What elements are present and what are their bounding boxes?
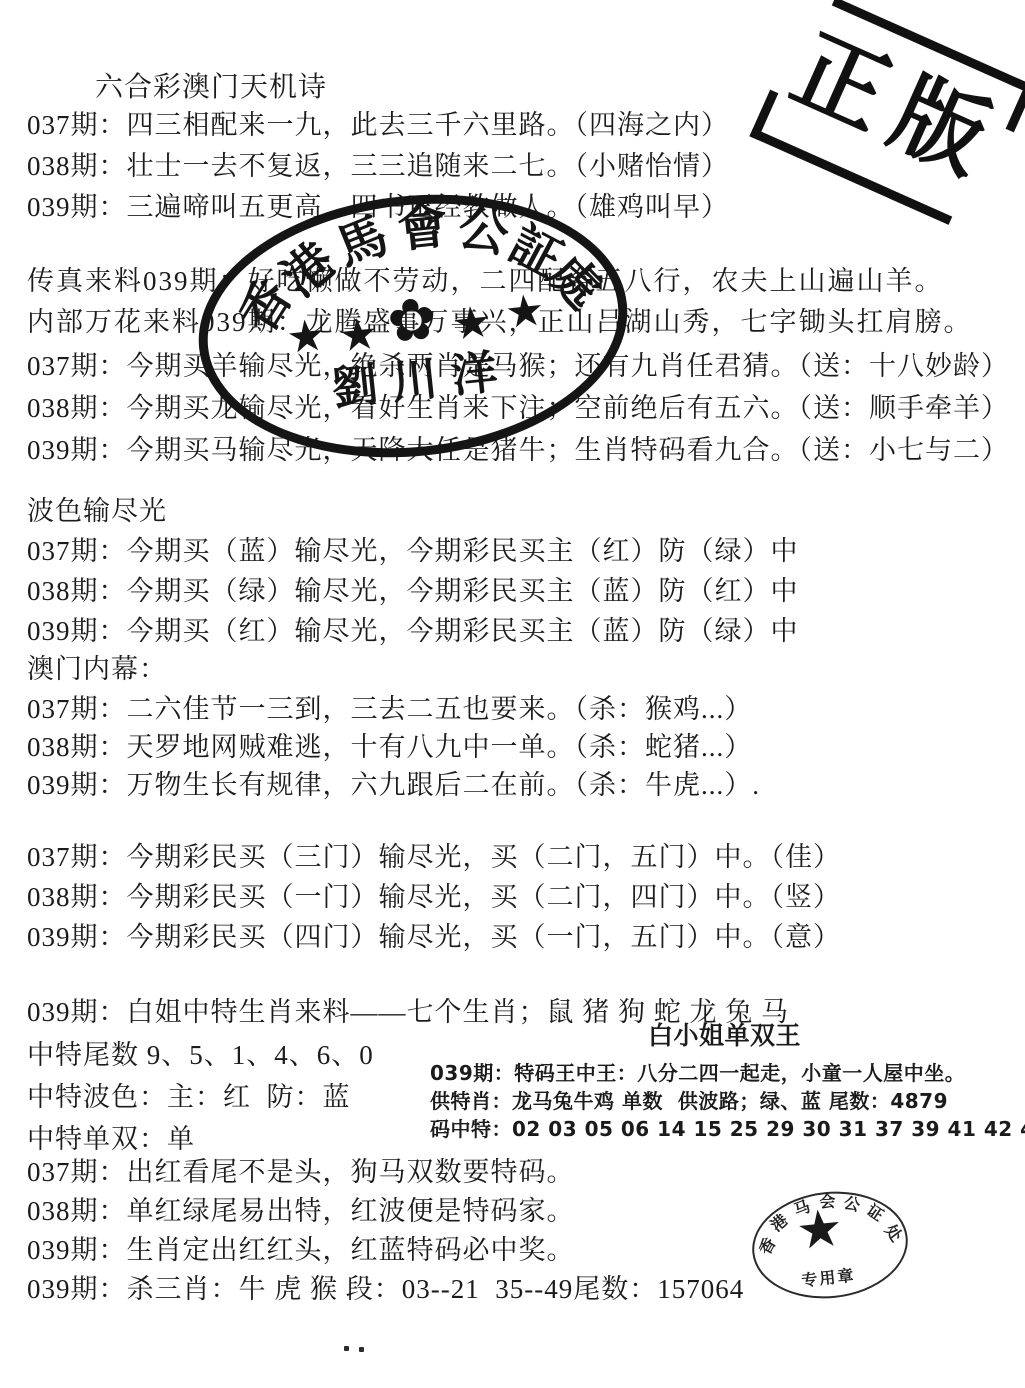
seal-arc-char: 公 [454, 202, 513, 261]
star-icon: ★ [450, 300, 494, 348]
wave-line: 037期：今期买（蓝）输尽光，今期彩民买主（红）防（绿）中 [27, 536, 799, 567]
office-chop-stamp: 香 港 马 会 公 证 处 ★ 专用章 [747, 1184, 913, 1306]
wave-line: 039期：今期买（红）输尽光，今期彩民买主（蓝）防（绿）中 [27, 616, 799, 647]
poem-line: 038期：壮士一去不复返，三三追随来二七。（小赌怡情） [27, 151, 729, 182]
red-line: 037期：出红看尾不是头，狗马双数要特码。 [27, 1157, 575, 1188]
chop-star-icon: ★ [794, 1203, 846, 1260]
baijie-line: 中特波色：主：红 防：蓝 [27, 1082, 351, 1113]
right-panel-title: 白小姐单双王 [648, 1022, 801, 1051]
baijie-line: 中特尾数 9、5、1、4、6、0 [27, 1040, 374, 1071]
macau-line: 039期：万物生长有规律，六九跟后二在前。（杀：牛虎...）. [27, 770, 760, 801]
flower-star-icon: ✿ [385, 290, 439, 353]
macau-line: 038期：天罗地网贼难逃，十有八九中一单。（杀：蛇猪...） [27, 732, 752, 763]
red-line: 039期：杀三肖：牛 虎 猴 段：03--21 35--49尾数：157064 [27, 1274, 744, 1305]
red-line: 039期：生肖定出红红头，红蓝特码必中奖。 [27, 1235, 575, 1266]
right-panel-line: 供特肖：龙马兔牛鸡 单数 供波路；绿、蓝 尾数：4879 [430, 1090, 948, 1113]
notary-seal-stamp: 香 港 馬 會 公 証 處 ★ ★ ✿ ★ ★ 劉川洋 [186, 174, 641, 478]
door-line: 038期：今期彩民买（一门）输尽光，买（二门，四门）中。（竖） [27, 882, 841, 913]
wave-heading: 波色输尽光 [27, 496, 167, 527]
right-panel-line: 码中特：02 03 05 06 14 15 25 29 30 31 37 39 … [430, 1118, 1025, 1141]
wave-line: 038期：今期买（绿）输尽光，今期彩民买主（蓝）防（红）中 [27, 576, 799, 607]
door-line: 037期：今期彩民买（三门）输尽光，买（二门，五门）中。（佳） [27, 842, 841, 873]
page-title: 六合彩澳门天机诗 [95, 72, 327, 104]
seal-arc-char: 會 [395, 200, 450, 255]
red-line: 038期：单红绿尾易出特，红波便是特码家。 [27, 1196, 575, 1227]
scan-speck [344, 1346, 349, 1351]
baijie-line: 中特单双：单 [27, 1124, 195, 1155]
door-line: 039期：今期彩民买（四门）输尽光，买（一门，五门）中。（意） [27, 922, 841, 953]
macau-heading: 澳门内幕： [27, 654, 167, 685]
poem-line: 037期：四三相配来一九，此去三千六里路。（四海之内） [27, 110, 729, 141]
genuine-stamp: 正版 [749, 0, 1025, 234]
scan-speck [359, 1347, 364, 1352]
star-icon: ★ [284, 313, 328, 361]
star-icon: ★ [337, 312, 381, 360]
star-icon: ★ [503, 288, 547, 336]
right-panel-line: 039期：特码王中王：八分二四一起走，小童一人屋中坐。 [430, 1062, 965, 1085]
macau-line: 037期：二六佳节一三到，三去二五也要来。（杀：猴鸡...） [27, 694, 752, 725]
